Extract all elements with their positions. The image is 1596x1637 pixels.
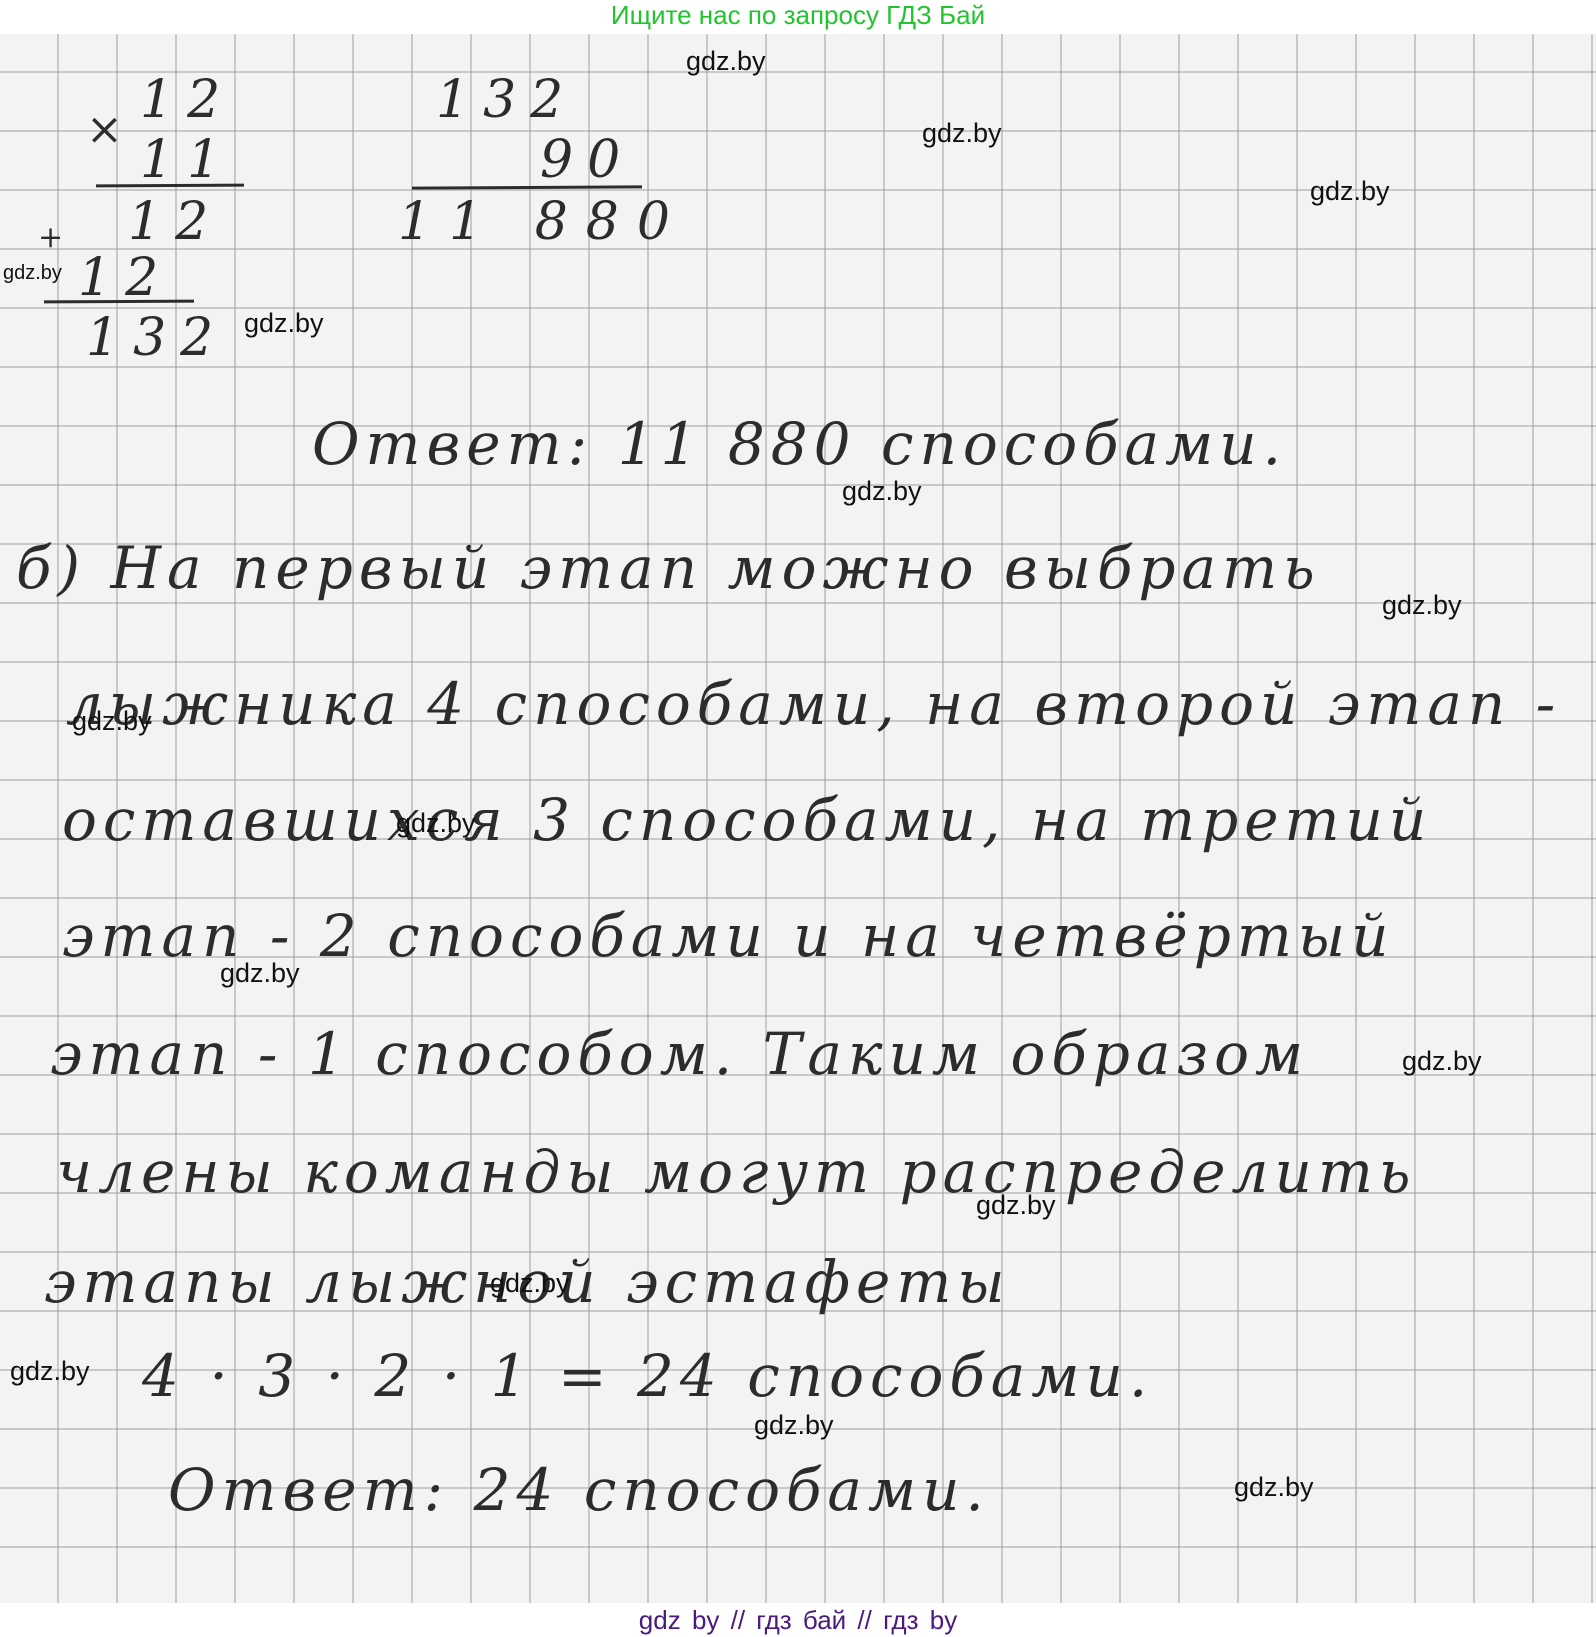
top-banner: Ищите нас по запросу ГДЗ Бай (0, 0, 1596, 34)
watermark: gdz.by (1402, 1046, 1482, 1076)
multiplier: 11 (140, 130, 234, 190)
watermark: gdz.by (244, 308, 324, 338)
watermark: gdz.by (220, 958, 300, 988)
multiplicand: 12 (140, 70, 234, 130)
multiplicand-2: 132 (436, 70, 577, 130)
watermark: gdz.by (490, 1268, 570, 1298)
watermark: gdz.by (10, 1356, 90, 1386)
watermark: gdz.by (842, 476, 922, 506)
text-line-1: б) На первый этап можно выбрать (16, 534, 1321, 602)
watermark: gdz.by (1310, 176, 1390, 206)
watermark: gdz.by (72, 706, 152, 736)
text-line-5: этап - 1 способом. Таким образом (50, 1020, 1309, 1088)
watermark: gdz.by (1382, 590, 1462, 620)
plus-sign: + (38, 220, 77, 255)
product-result-2: 11 880 (398, 192, 688, 252)
watermark: gdz.by (754, 1410, 834, 1440)
times-sign: × (86, 104, 137, 155)
text-line-2: лыжника 4 способами, на второй этап - (66, 670, 1561, 738)
answer-a: Ответ: 11 880 способами. (312, 410, 1287, 478)
watermark: gdz.by (3, 258, 62, 288)
formula-line: 4 · 3 · 2 · 1 = 24 способами. (142, 1342, 1153, 1410)
partial-product-1: 12 (128, 192, 222, 252)
notebook-page: × 12 11 12 + 12 132 132 90 11 880 Ответ:… (0, 34, 1596, 1603)
watermark: gdz.by (396, 808, 476, 838)
watermark: gdz.by (686, 46, 766, 76)
product-result: 132 (86, 308, 227, 368)
watermark: gdz.by (976, 1190, 1056, 1220)
bottom-banner: gdz by // гдз бай // гдз by (0, 1603, 1596, 1637)
answer-b: Ответ: 24 способами. (168, 1456, 990, 1524)
watermark: gdz.by (1234, 1472, 1314, 1502)
text-line-6: члены команды могут распределить (56, 1138, 1416, 1206)
multiplier-2: 90 (540, 130, 634, 190)
text-line-3: оставшихся 3 способами, на третий (62, 786, 1432, 854)
watermark: gdz.by (922, 118, 1002, 148)
